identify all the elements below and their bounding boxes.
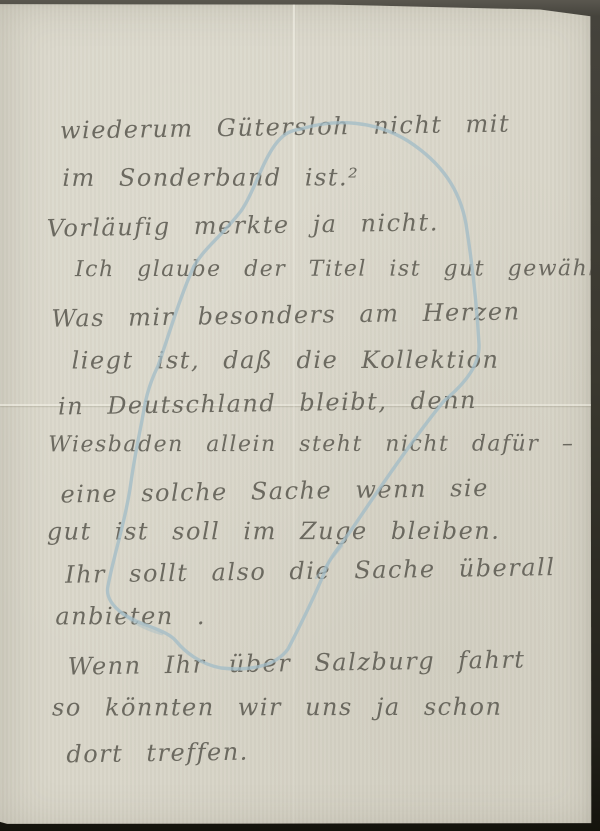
handwriting-layer: wiederum Gütersloh nicht mit im Sonderba… [0,0,600,831]
handwritten-line: Wenn Ihr über Salzburg fahrt [68,644,526,681]
handwritten-line: Ich glaube der Titel ist gut gewählt. [75,254,600,285]
handwritten-line: eine solche Sache wenn sie [60,473,489,510]
letter-page: wiederum Gütersloh nicht mit im Sonderba… [0,0,600,831]
handwritten-line: im Sonderband ist.² [62,162,359,193]
scan-background: wiederum Gütersloh nicht mit im Sonderba… [0,0,600,831]
scanned-letter-screenshot: { "document": { "kind": "handwritten let… [0,0,600,831]
handwritten-line: Was mir besonders am Herzen [51,296,521,333]
handwritten-line: anbieten . [55,601,206,631]
handwritten-line: Wiesbaden allein steht nicht dafür – [48,429,574,460]
handwritten-line: wiederum Gütersloh nicht mit [60,109,511,146]
handwritten-line: in Deutschland bleibt, denn [58,385,478,422]
handwritten-line: dort treffen. [66,737,249,770]
handwritten-line: gut ist soll im Zuge bleiben. [47,516,501,547]
handwritten-line: Ihr sollt also die Sache überall [65,552,556,590]
handwritten-line: liegt ist, daß die Kollektion [72,345,500,376]
handwritten-line: Vorläufig merkte ja nicht. [46,207,439,243]
handwritten-line: so könnten wir uns ja schon [52,692,502,723]
